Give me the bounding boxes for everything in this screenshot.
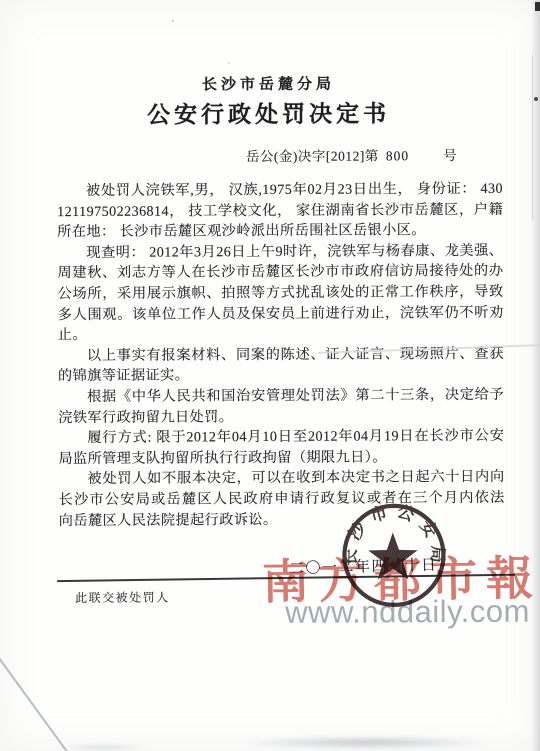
body-text-line: 所在地： 长沙市岳麓区观沙岭派出所岳围社区岳银小区。 [57, 220, 503, 243]
body-text-line: 现查明： 2012年3月26日上午9时许，浣铁军与杨春康、龙美强、 [57, 241, 503, 264]
scan-smudge [58, 744, 148, 751]
scan-artifact-speck [535, 2, 540, 11]
document-number-prefix: 岳公(金)决字[2012]第 [246, 148, 379, 164]
scan-artifact-speck [228, 62, 230, 64]
document-number-value: 800 [386, 148, 409, 163]
newspaper-url-watermark: www.nddaily.com [285, 596, 530, 628]
body-text-line: 被处罚人如不服本决定，可以在收到本决定书之日起六十日内向 [58, 467, 504, 490]
body-text-line: 止。 [58, 323, 504, 346]
body-text-line: 121197502236814， 技工学校文化， 家住湖南省长沙市岳麓区，户籍 [57, 199, 503, 222]
body-text-line: 局监所管理支队拘留所执行行政拘留（期限九日）。 [58, 446, 504, 469]
body-text-line: 的锦旗等证据证实。 [58, 364, 504, 387]
body-text-line: 履行方式: 限于2012年04月10日至2012年04月19日在长沙市公安 [58, 426, 504, 449]
body-text-line: 多人围观。该单位工作人员及保安员上前进行劝止，浣铁军仍不听劝 [58, 302, 504, 325]
scan-artifact-speck [534, 97, 538, 101]
scan-smudge [238, 736, 493, 749]
document-body: 被处罚人浣铁军,男， 汉族,1975年02月23日出生， 身份证： 430121… [57, 179, 505, 531]
document-number: 岳公(金)决字[2012]第800号 [246, 144, 457, 165]
document-number-suffix: 号 [443, 148, 457, 163]
issuing-agency: 长沙市岳麓分局 [0, 72, 539, 96]
copy-recipient-note: 此联交被处罚人 [75, 589, 170, 606]
body-text-line: 周建秋、刘志方等人在长沙市岳麓区长沙市市政府信访局接待处的办 [57, 261, 503, 284]
body-text-line: 根据《中华人民共和国治安管理处罚法》第二十三条，决定给予 [58, 385, 504, 408]
scan-artifact-speck [172, 20, 174, 22]
document-title: 公安行政处罚决定书 [0, 95, 539, 131]
body-text-line: 被处罚人浣铁军,男， 汉族,1975年02月23日出生， 身份证： 430 [57, 179, 503, 202]
body-text-line: 浣铁军行政拘留九日处罚。 [58, 405, 504, 428]
scan-artifact-line [532, 55, 533, 220]
document-content: 长沙市岳麓分局 公安行政处罚决定书 岳公(金)决字[2012]第800号 被处罚… [0, 0, 540, 751]
body-text-line: 公场所，采用展示旗帜、拍照等方式扰乱该处的正常工作秩序，导致 [58, 282, 504, 305]
scanned-document-page: 长沙市岳麓分局 公安行政处罚决定书 岳公(金)决字[2012]第800号 被处罚… [0, 0, 540, 751]
